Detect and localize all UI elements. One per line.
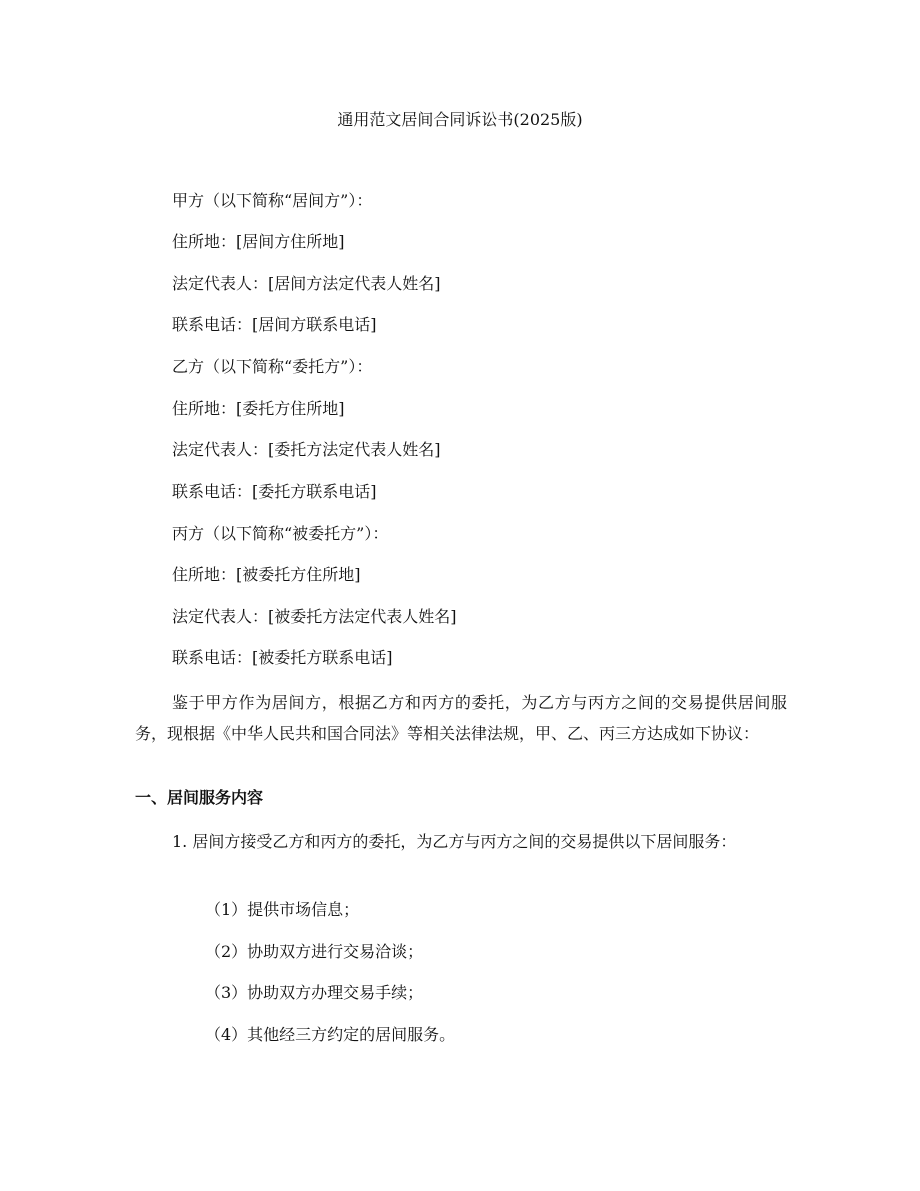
party-b-label: 乙方（以下简称“委托方”）：: [172, 355, 372, 379]
document-page: 通用范文居间合同诉讼书(2025版) 甲方（以下简称“居间方”）： 住所地：[居…: [0, 0, 920, 1191]
party-a-phone: 联系电话：[居间方联系电话]: [172, 313, 377, 337]
party-c-representative: 法定代表人：[被委托方法定代表人姓名]: [172, 605, 457, 629]
section-1-heading: 一、居间服务内容: [135, 786, 263, 810]
party-b-address: 住所地：[委托方住所地]: [172, 397, 345, 421]
service-item-4: （4）其他经三方约定的居间服务。: [205, 1023, 455, 1047]
party-a-representative: 法定代表人：[居间方法定代表人姓名]: [172, 272, 441, 296]
service-item-1: （1）提供市场信息；: [205, 898, 359, 922]
party-b-representative: 法定代表人：[委托方法定代表人姓名]: [172, 438, 441, 462]
party-c-label: 丙方（以下简称“被委托方”）：: [172, 522, 388, 546]
party-b-phone: 联系电话：[委托方联系电话]: [172, 480, 377, 504]
party-c-address: 住所地：[被委托方住所地]: [172, 563, 361, 587]
service-item-3: （3）协助双方办理交易手续；: [205, 981, 423, 1005]
party-c-phone: 联系电话：[被委托方联系电话]: [172, 646, 393, 670]
party-a-address: 住所地：[居间方住所地]: [172, 230, 345, 254]
document-title: 通用范文居间合同诉讼书(2025版): [0, 108, 920, 132]
clause-1-paragraph: 1. 居间方接受乙方和丙方的委托，为乙方与丙方之间的交易提供以下居间服务：: [135, 826, 787, 857]
preamble-paragraph: 鉴于甲方作为居间方，根据乙方和丙方的委托，为乙方与丙方之间的交易提供居间服务，现…: [135, 687, 787, 749]
party-a-label: 甲方（以下简称“居间方”）：: [172, 189, 372, 213]
service-item-2: （2）协助双方进行交易洽谈；: [205, 940, 423, 964]
